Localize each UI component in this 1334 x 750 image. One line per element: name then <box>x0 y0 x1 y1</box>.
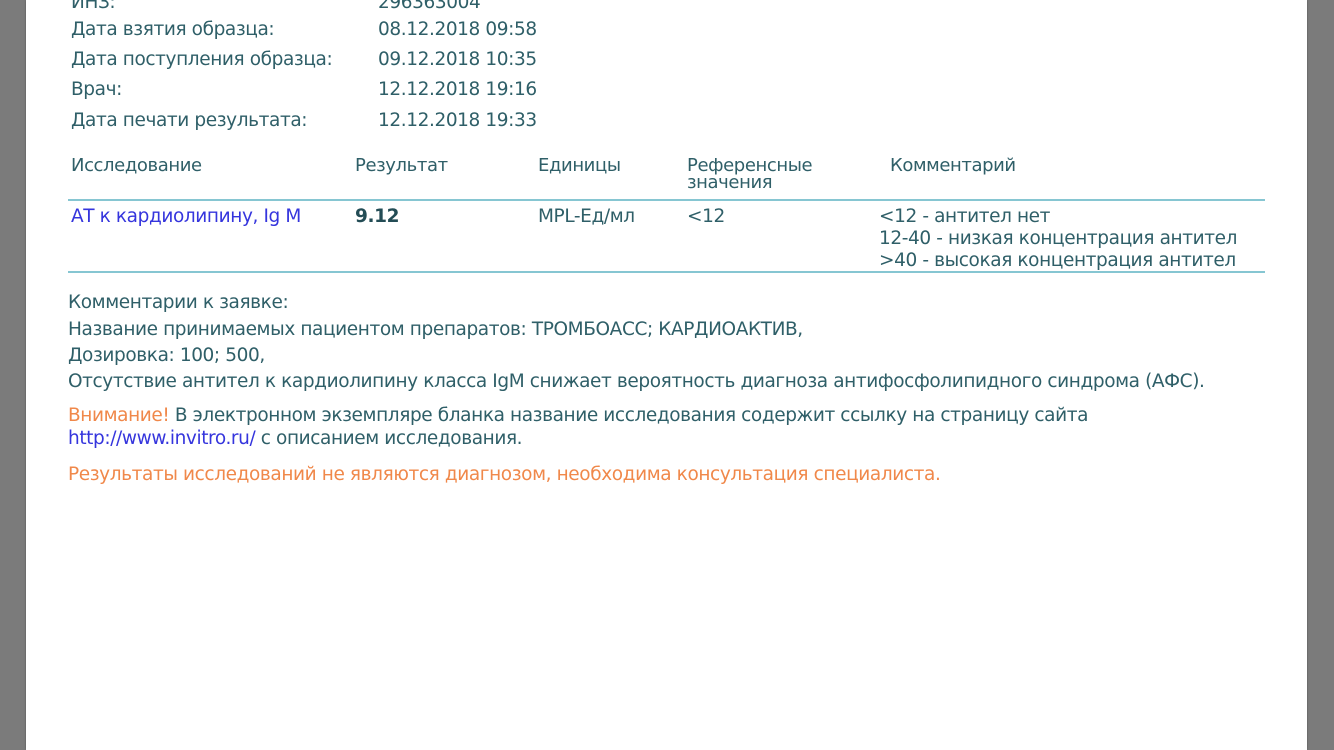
meta-label-received-date: Дата поступления образца: <box>71 49 332 71</box>
test-name-link[interactable]: АТ к кардиолипину, Ig M <box>71 206 301 228</box>
disclaimer: Результаты исследований не являются диаг… <box>68 464 940 486</box>
comment-line: >40 - высокая концентрация антител <box>879 250 1237 272</box>
meta-label-doctor: Врач: <box>71 79 122 101</box>
order-comments-title: Комментарии к заявке: <box>68 292 288 314</box>
meta-value-inz: 296363004 <box>378 0 480 14</box>
meta-label-print-date: Дата печати результата: <box>71 110 307 132</box>
order-comment-line: Отсутствие антител к кардиолипину класса… <box>68 371 1205 393</box>
comment-line: 12-40 - низкая концентрация антител <box>879 228 1237 250</box>
result-value: 9.12 <box>355 206 399 228</box>
order-comment-line: Дозировка: 100; 500, <box>68 345 265 367</box>
order-comment-line: Название принимаемых пациентом препарато… <box>68 319 803 341</box>
meta-label-inz: ИНЗ: <box>71 0 115 14</box>
invitro-link[interactable]: http://www.invitro.ru/ <box>68 428 255 449</box>
table-header-rule <box>68 199 1265 201</box>
notice-text: В электронном экземпляре бланка название… <box>169 405 1088 426</box>
document-page: ИНЗ: 296363004 Дата взятия образца: 08.1… <box>26 0 1307 750</box>
result-units: MPL-Ед/мл <box>538 206 635 228</box>
header-units: Единицы <box>538 155 621 177</box>
comment-line: <12 - антител нет <box>879 206 1237 228</box>
meta-value-doctor: 12.12.2018 19:16 <box>378 79 537 101</box>
notice-link-line: http://www.invitro.ru/ с описанием иссле… <box>68 428 522 450</box>
attention-label: Внимание! <box>68 405 169 426</box>
header-result: Результат <box>355 155 448 177</box>
header-reference-line2: значения <box>687 176 812 190</box>
meta-value-print-date: 12.12.2018 19:33 <box>378 110 537 132</box>
meta-value-sample-date: 08.12.2018 09:58 <box>378 19 537 41</box>
result-comment: <12 - антител нет 12-40 - низкая концент… <box>879 206 1237 272</box>
reference-range: <12 <box>687 206 725 228</box>
header-test: Исследование <box>71 155 202 177</box>
table-bottom-rule <box>68 271 1265 273</box>
notice-line: Внимание! В электронном экземпляре бланк… <box>68 405 1088 427</box>
meta-value-received-date: 09.12.2018 10:35 <box>378 49 537 71</box>
notice-text-end: с описанием исследования. <box>255 428 522 449</box>
header-comment: Комментарий <box>890 155 1016 177</box>
meta-label-sample-date: Дата взятия образца: <box>71 19 274 41</box>
header-reference: Референсные значения <box>687 155 812 190</box>
